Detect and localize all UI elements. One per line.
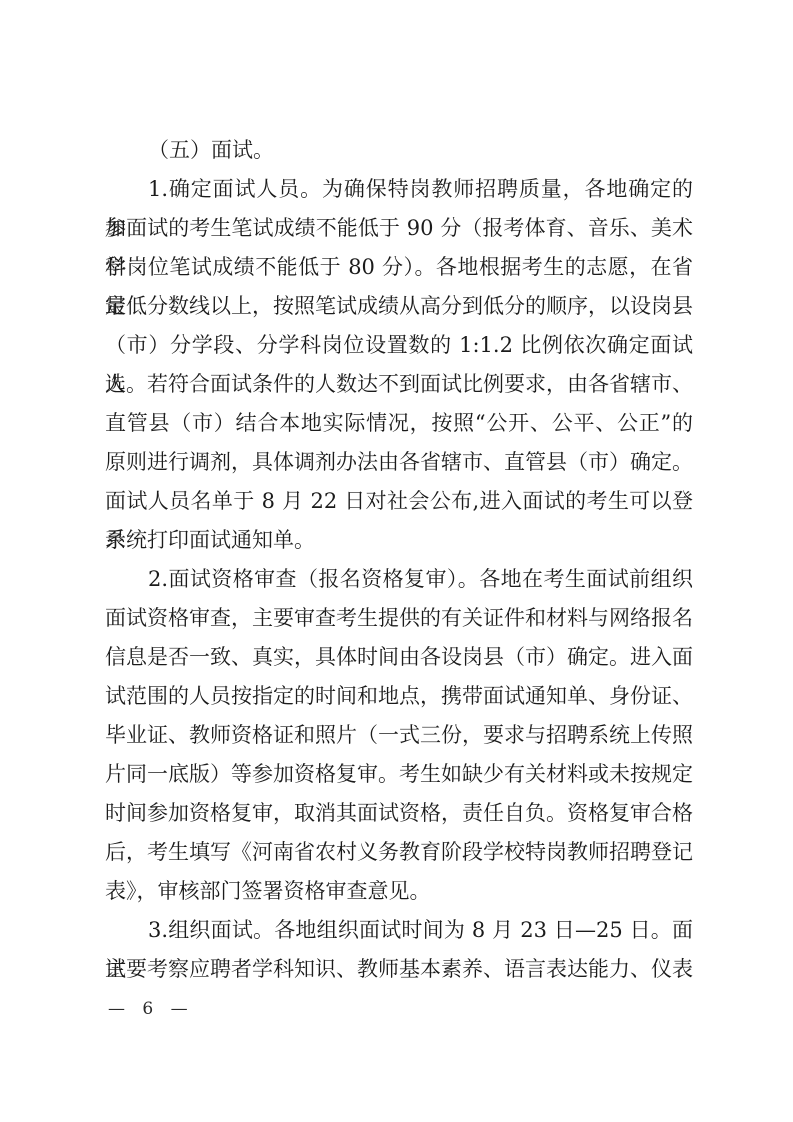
document-line: 原则进行调剂，具体调剂办法由各省辖市、直管县（市）确定。 xyxy=(105,443,693,482)
document-line: 系统打印面试通知单。 xyxy=(105,521,693,560)
document-line: 科岗位笔试成绩不能低于 80 分）。各地根据考生的志愿，在省定 xyxy=(105,248,693,287)
document-page: （五）面试。 1.确定面试人员。为确保特岗教师招聘质量，各地确定的参 加面试的考… xyxy=(0,0,793,1122)
document-line: 信息是否一致、真实，具体时间由各设岗县（市）确定。进入面 xyxy=(105,638,693,677)
document-line: 片同一底版）等参加资格复审。考生如缺少有关材料或未按规定 xyxy=(105,755,693,794)
document-line: 2.面试资格审查（报名资格复审）。各地在考生面试前组织 xyxy=(105,560,693,599)
document-line: （市）分学段、分学科岗位设置数的 1:1.2 比例依次确定面试人 xyxy=(105,326,693,365)
document-line: 表》，审核部门签署资格审查意见。 xyxy=(105,872,693,911)
document-line: 加面试的考生笔试成绩不能低于 90 分（报考体育、音乐、美术学 xyxy=(105,209,693,248)
document-body: （五）面试。 1.确定面试人员。为确保特岗教师招聘质量，各地确定的参 加面试的考… xyxy=(105,131,693,989)
document-line: 直管县（市）结合本地实际情况，按照“公开、公平、公正”的 xyxy=(105,404,693,443)
document-line: 毕业证、教师资格证和照片（一式三份，要求与招聘系统上传照 xyxy=(105,716,693,755)
document-line: 后，考生填写《河南省农村义务教育阶段学校特岗教师招聘登记 xyxy=(105,833,693,872)
document-line: 3.组织面试。各地组织面试时间为 8 月 23 日—25 日。面试 xyxy=(105,911,693,950)
document-line: 1.确定面试人员。为确保特岗教师招聘质量，各地确定的参 xyxy=(105,170,693,209)
document-line: 面试人员名单于 8 月 22 日对社会公布,进入面试的考生可以登录 xyxy=(105,482,693,521)
section-heading: （五）面试。 xyxy=(105,131,693,170)
document-line: 试范围的人员按指定的时间和地点，携带面试通知单、身份证、 xyxy=(105,677,693,716)
page-number: — 6 — xyxy=(108,998,190,1020)
document-line: 选。若符合面试条件的人数达不到面试比例要求，由各省辖市、 xyxy=(105,365,693,404)
document-line: 时间参加资格复审，取消其面试资格，责任自负。资格复审合格 xyxy=(105,794,693,833)
document-line: 最低分数线以上，按照笔试成绩从高分到低分的顺序，以设岗县 xyxy=(105,287,693,326)
document-line: 主要考察应聘者学科知识、教师基本素养、语言表达能力、仪表 xyxy=(105,950,693,989)
document-line: 面试资格审查，主要审查考生提供的有关证件和材料与网络报名 xyxy=(105,599,693,638)
